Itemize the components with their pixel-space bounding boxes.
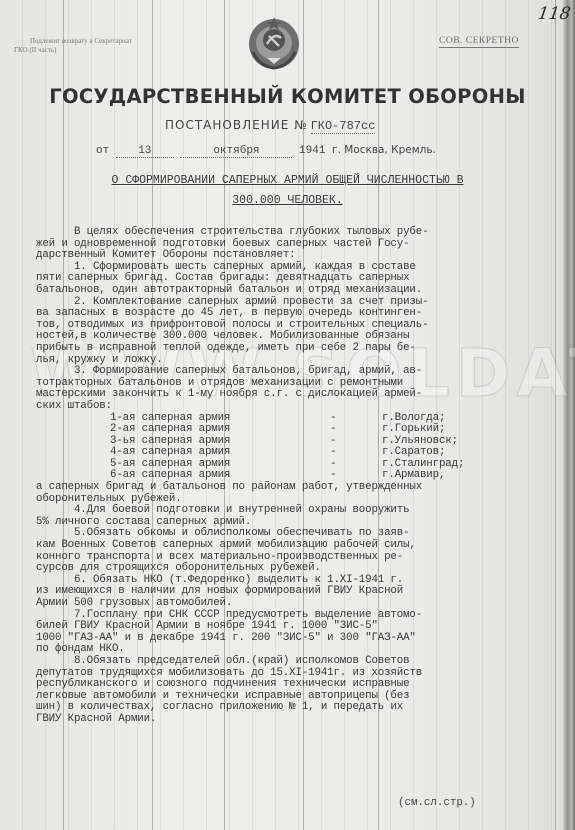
title-line: О СФОРМИРОВАНИИ САПЕРНЫХ АРМИЙ ОБЩЕЙ ЧИС… <box>112 174 464 187</box>
army-dash: - <box>330 447 382 459</box>
army-dash: - <box>330 424 382 436</box>
document-title: О СФОРМИРОВАНИИ САПЕРНЫХ АРМИЙ ОБЩЕЙ ЧИС… <box>0 171 575 211</box>
text-line: В целях обеспечения строительства глубок… <box>36 227 551 239</box>
text-line: прибыть в исправной теплой одежде, иметь… <box>36 343 551 355</box>
text-line: 3. Формирование саперных батальонов, бри… <box>36 366 551 378</box>
return-note-line: Подлежит возврату в Секретариат <box>14 37 132 46</box>
text-line: а саперных бригад и батальонов по района… <box>36 482 551 494</box>
army-city: г.Армавир, <box>382 469 445 481</box>
classification-stamp: СОВ. СЕКРЕТНО <box>439 36 519 48</box>
decree-label: ПОСТАНОВЛЕНИЕ № <box>165 118 308 132</box>
army-name: 2-ая саперная армия <box>36 424 330 436</box>
date-month: октября <box>180 145 292 158</box>
document-page: 118 Подлежит возврату в Секретариат ГКО … <box>0 0 575 830</box>
army-dash: - <box>330 413 382 425</box>
army-city: г.Саратов; <box>382 446 445 458</box>
date-year: 1941 <box>299 145 325 157</box>
dateline: от 13 октября 1941 г. Москва, Кремль. <box>96 144 436 158</box>
army-city: г.Ульяновск; <box>382 435 458 447</box>
continuation-note: (см.сл.стр.) <box>398 797 476 809</box>
text-line: Армии 500 грузовых автомобилей. <box>36 598 551 610</box>
text-line: 8.Обязать председателей обл.(край) испол… <box>36 656 551 668</box>
army-city: г.Горький; <box>382 423 445 435</box>
army-row: 2-ая саперная армия-г.Горький; <box>36 424 551 436</box>
date-prefix: от <box>96 145 109 157</box>
army-dash: - <box>330 436 382 448</box>
scan-line <box>555 0 556 830</box>
document-body: В целях обеспечения строительства глубок… <box>36 227 551 726</box>
text-line: кам Военных Советов саперных армий мобил… <box>36 540 551 552</box>
text-line: ских штабов: <box>36 401 551 413</box>
text-line: республиканского и союзного подчинения т… <box>36 679 551 691</box>
return-note: Подлежит возврату в Секретариат ГКО (II … <box>14 37 132 55</box>
return-note-line: ГКО (II часть) <box>14 46 132 55</box>
army-city: г.Вологда; <box>382 412 445 424</box>
date-day: 13 <box>116 145 174 158</box>
text-line: мастерскими закончить к 1-му ноября с.г.… <box>36 389 551 401</box>
title-line: 300.000 ЧЕЛОВЕК. <box>232 194 342 207</box>
text-line: ГВИУ Красной Армии. <box>36 714 551 726</box>
army-dash: - <box>330 459 382 471</box>
text-line: батальонов, один автотракторный батальон… <box>36 285 551 297</box>
date-place: г. Москва, Кремль. <box>332 144 436 156</box>
decree-heading: ПОСТАНОВЛЕНИЕ №ГКО-787сс <box>165 118 375 133</box>
text-line: ва запасных в возрасте до 45 лет, в перв… <box>36 308 551 320</box>
decree-number: ГКО-787сс <box>311 119 376 134</box>
state-emblem-icon <box>245 14 303 72</box>
army-city: г.Сталинград; <box>382 458 464 470</box>
folio-number: 118 <box>537 4 572 24</box>
scan-edge <box>563 0 575 830</box>
committee-heading: ГОСУДАРСТВЕННЫЙ КОМИТЕТ ОБОРОНЫ <box>0 85 575 108</box>
